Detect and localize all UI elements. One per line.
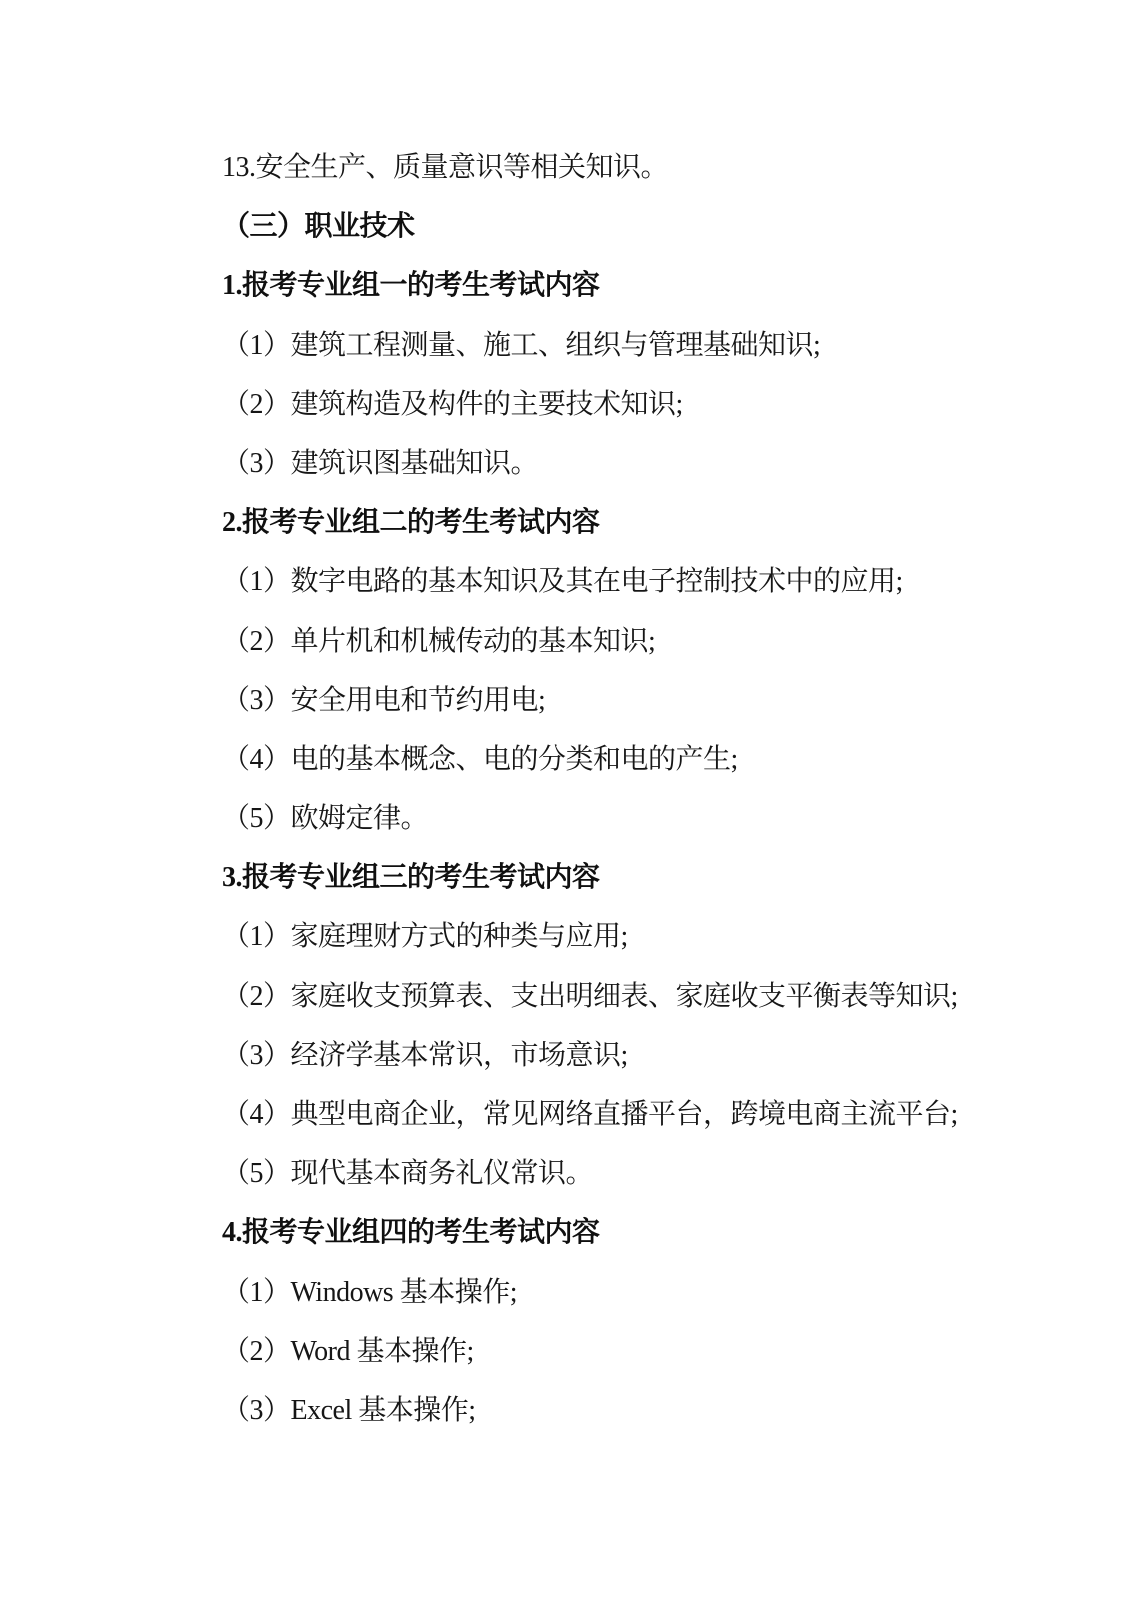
doc-group-heading: 3.报考专业组三的考生考试内容 [222,848,1071,907]
doc-line: （1）数字电路的基本知识及其在电子控制技术中的应用; [222,552,1071,611]
doc-line: （2）建筑构造及构件的主要技术知识; [222,375,1071,434]
doc-group-heading: 4.报考专业组四的考生考试内容 [222,1203,1071,1262]
doc-line: （2）家庭收支预算表、支出明细表、家庭收支平衡表等知识; [222,967,1071,1026]
doc-line: （2）单片机和机械传动的基本知识; [222,612,1071,671]
doc-group-heading: 1.报考专业组一的考生考试内容 [222,256,1071,315]
doc-line: （3）建筑识图基础知识。 [222,434,1071,493]
document-page: 13.安全生产、质量意识等相关知识。 （三）职业技术 1.报考专业组一的考生考试… [0,0,1131,1600]
doc-section-heading: （三）职业技术 [222,197,1071,256]
doc-group-heading: 2.报考专业组二的考生考试内容 [222,493,1071,552]
doc-line: （5）欧姆定律。 [222,789,1071,848]
doc-line: 13.安全生产、质量意识等相关知识。 [222,138,1071,197]
doc-line: （3）经济学基本常识，市场意识; [222,1026,1071,1085]
doc-line: （4）电的基本概念、电的分类和电的产生; [222,730,1071,789]
doc-line: （2）Word 基本操作; [222,1322,1071,1381]
doc-line: （4）典型电商企业，常见网络直播平台，跨境电商主流平台; [222,1085,1071,1144]
doc-line: （1）Windows 基本操作; [222,1263,1071,1322]
doc-line: （5）现代基本商务礼仪常识。 [222,1144,1071,1203]
doc-line: （3）安全用电和节约用电; [222,671,1071,730]
doc-line: （1）家庭理财方式的种类与应用; [222,907,1071,966]
doc-line: （1）建筑工程测量、施工、组织与管理基础知识; [222,316,1071,375]
doc-line: （3）Excel 基本操作; [222,1381,1071,1440]
